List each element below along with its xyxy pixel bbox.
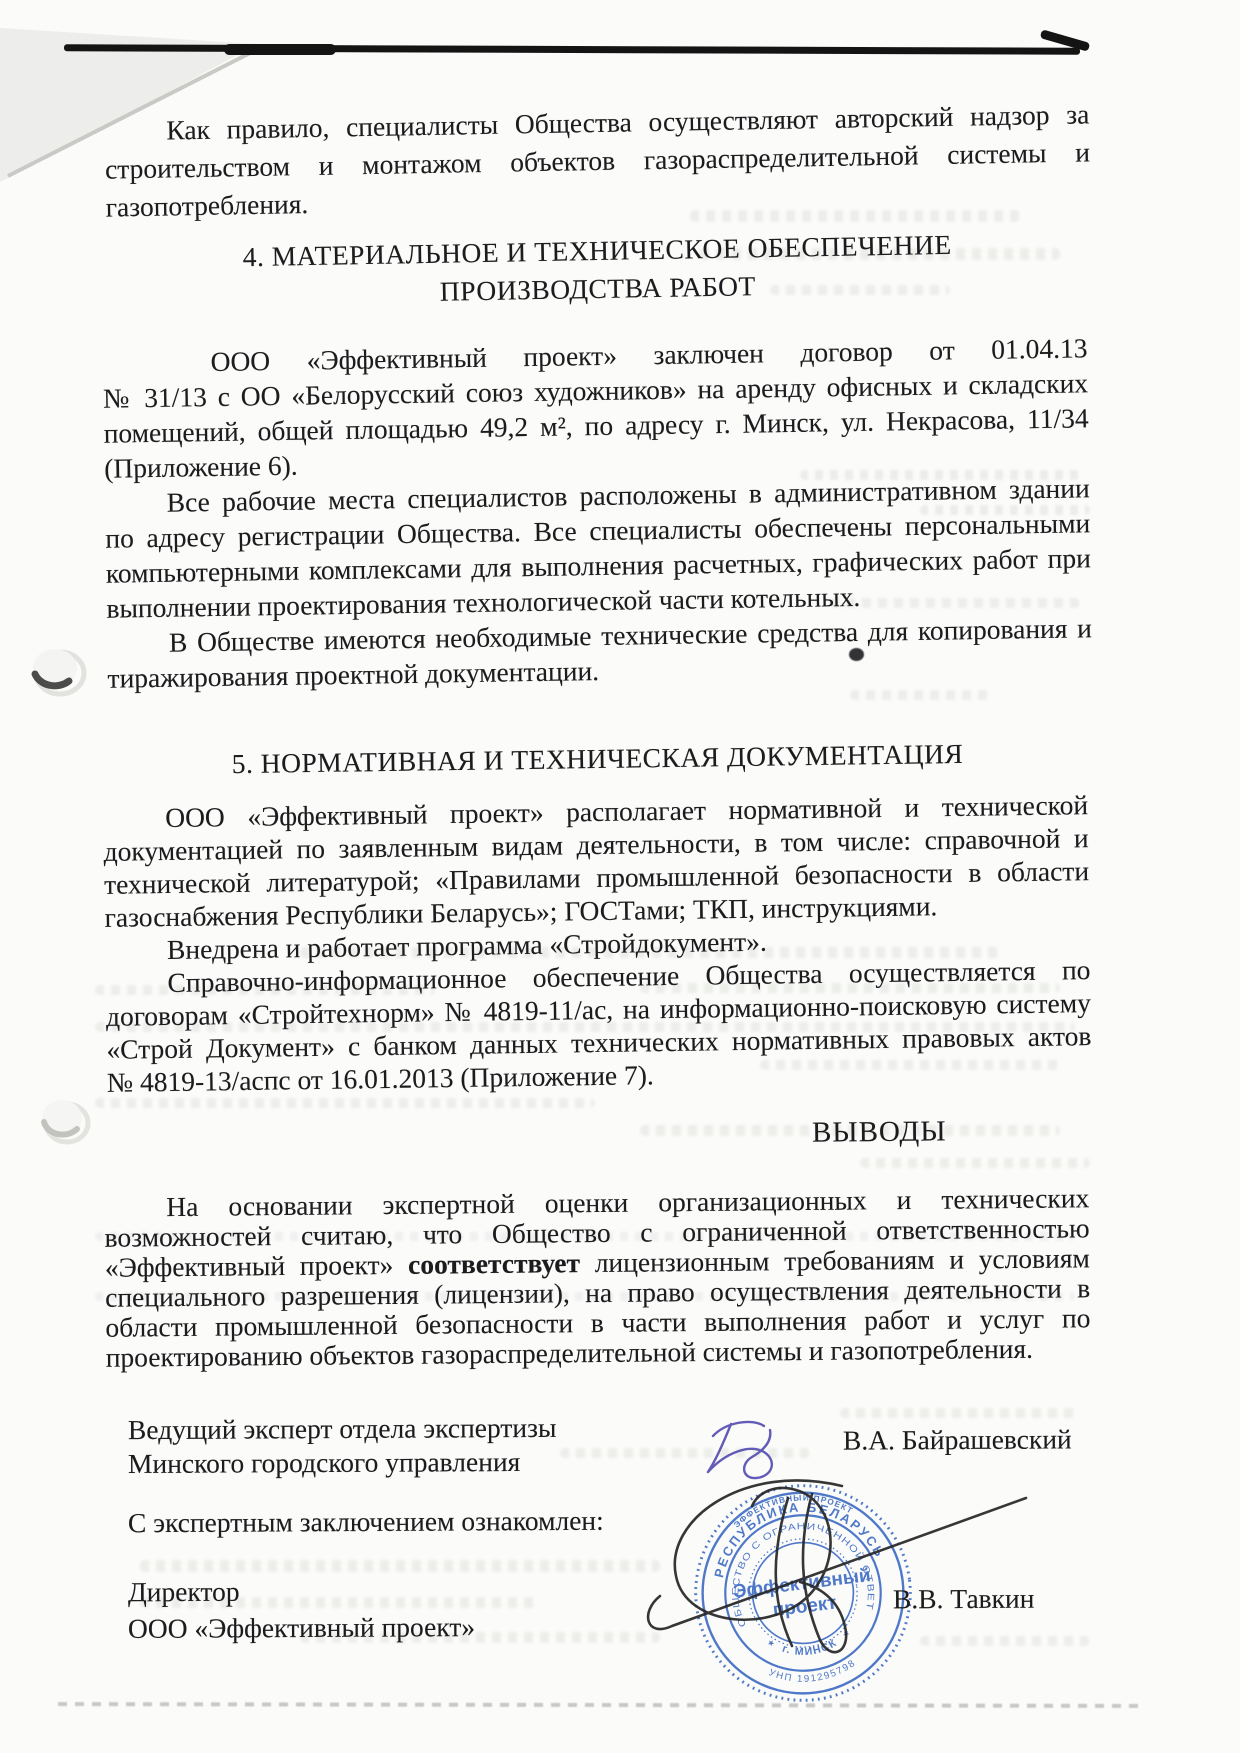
bleedthrough-artifact <box>95 1098 595 1108</box>
punch-hole-bottom <box>36 1092 94 1150</box>
punch-hole-top <box>24 640 88 702</box>
conclusions-title: ВЫВОДЫ <box>812 1115 947 1148</box>
bleedthrough-artifact <box>140 1560 660 1572</box>
expert-role-line1: Ведущий эксперт отдела экспертизы <box>128 1412 557 1446</box>
section4-body: ООО «Эффективный проект» заключен догово… <box>102 330 1092 695</box>
scanned-document-page: { "intro": { "l1": "Как правило, специал… <box>0 0 1240 1753</box>
bleedthrough-artifact <box>860 1158 1090 1168</box>
section5-body: ООО «Эффективный проект» располагает нор… <box>103 788 1092 1099</box>
star-icon: ★ <box>839 1627 853 1641</box>
director-role-line2: ООО «Эффективный проект» <box>128 1611 475 1645</box>
bleedthrough-artifact <box>850 690 990 700</box>
section5-title: 5. НОРМАТИВНАЯ И ТЕХНИЧЕСКАЯ ДОКУМЕНТАЦИ… <box>105 733 1090 785</box>
bleedthrough-artifact <box>840 1408 1080 1418</box>
scan-top-line-blob <box>224 44 336 55</box>
conclusions-body: На основании экспертной оценки организац… <box>104 1183 1091 1372</box>
bleedthrough-dotted-line <box>58 1702 1142 1708</box>
section5-heading: 5. НОРМАТИВНАЯ И ТЕХНИЧЕСКАЯ ДОКУМЕНТАЦИ… <box>105 733 1090 785</box>
ink-blot-artifact <box>849 648 864 661</box>
seal-city-text: г. МИНСК <box>779 1636 840 1661</box>
intro-paragraph: Как правило, специалисты Общества осущес… <box>104 95 1091 226</box>
director-role-line1: Директор <box>128 1576 240 1609</box>
star-icon: ★ <box>764 1636 778 1650</box>
acknowledgement-line: С экспертным заключением ознакомлен: <box>128 1505 604 1539</box>
bleedthrough-artifact <box>560 1448 810 1458</box>
expert-name: В.А. Байрашевский <box>843 1423 1072 1456</box>
expert-role-line2: Минского городского управления <box>128 1446 520 1480</box>
conclusion-verdict: соответствует <box>408 1247 580 1280</box>
company-seal: ЭФФЕКТИВНЫЙ ПРОЕКТ РЕСПУБЛИКА БЕЛАРУСЬ У… <box>679 1469 926 1716</box>
director-name: В.В. Тавкин <box>893 1583 1035 1616</box>
bleedthrough-artifact <box>920 1636 1090 1646</box>
conclusions-heading: ВЫВОДЫ <box>812 1115 947 1149</box>
section4-heading: 4. МАТЕРИАЛЬНОЕ И ТЕХНИЧЕСКОЕ ОБЕСПЕЧЕНИ… <box>104 223 1090 316</box>
conclusion-company: «Эффективный проект» <box>105 1249 394 1283</box>
